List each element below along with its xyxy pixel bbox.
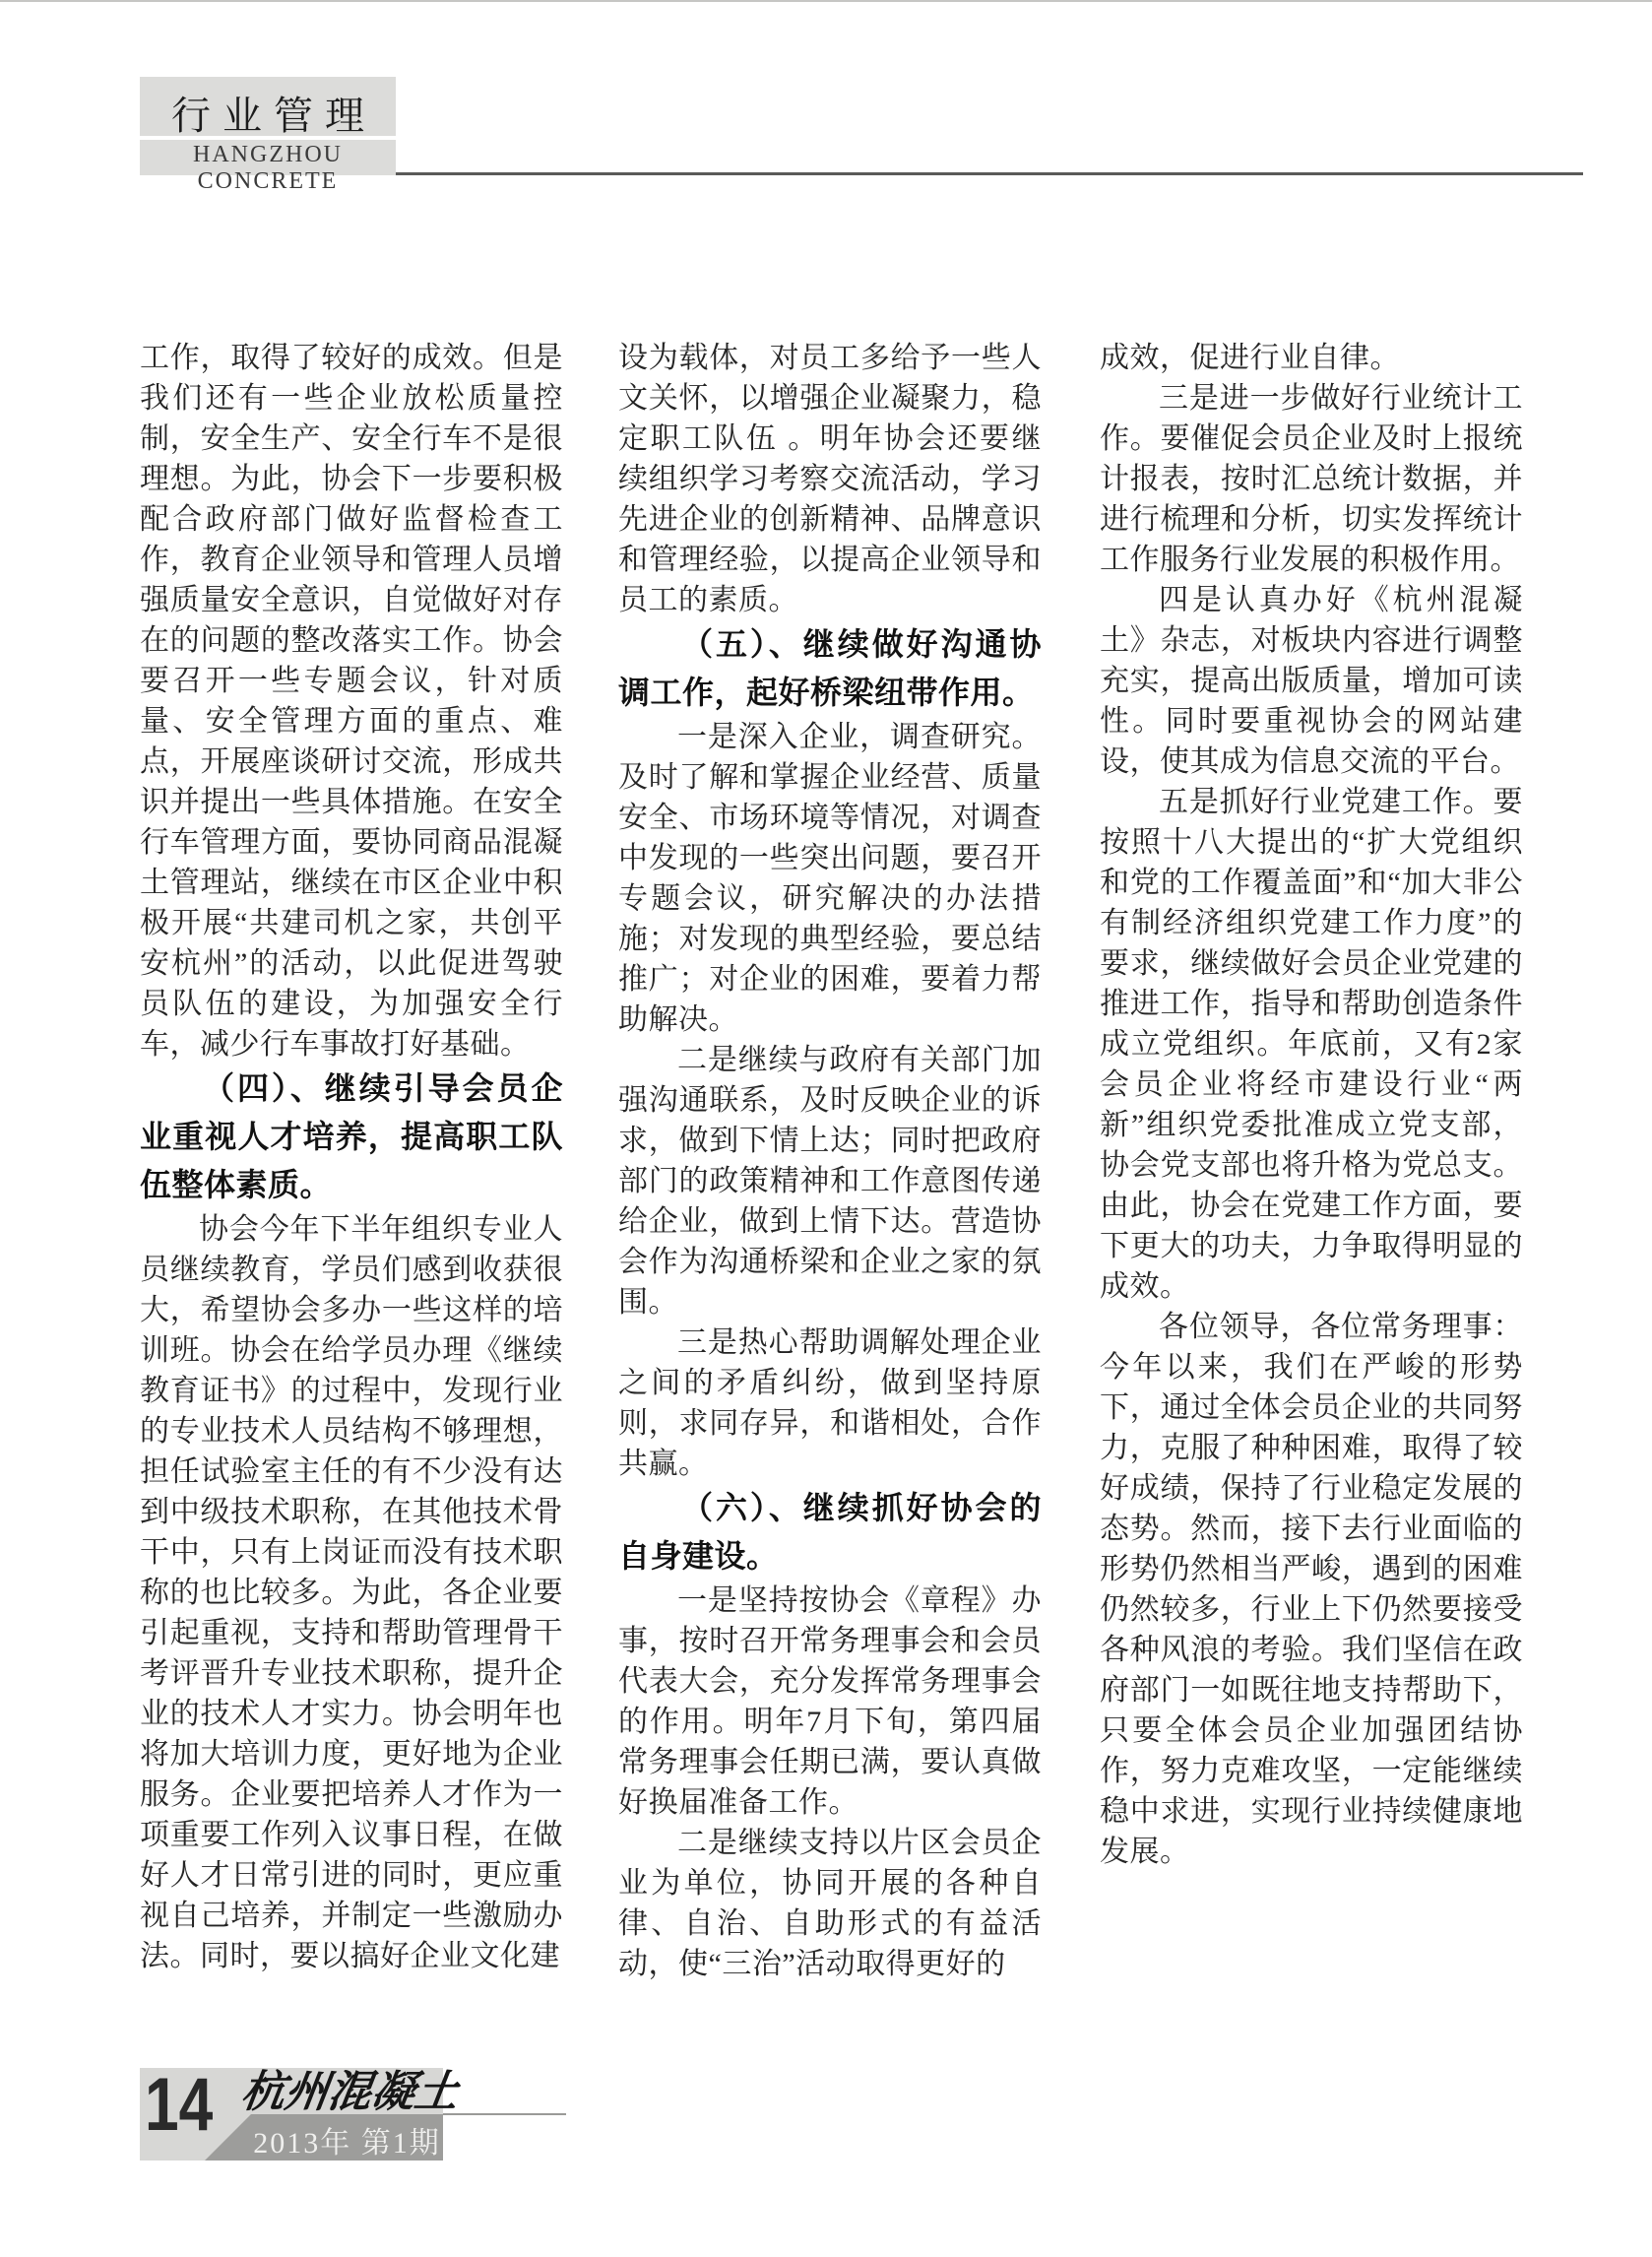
paragraph: 三是热心帮助调解处理企业之间的矛盾纠纷，做到坚持原则，求同存异，和谐相处，合作共… <box>618 1322 1042 1484</box>
journal-logo: 杭州混凝土 <box>238 2056 448 2119</box>
text-column-3: 成效，促进行业自律。三是进一步做好行业统计工作。要催促会员企业及时上报统计报表，… <box>1100 338 1523 1872</box>
page-top-edge <box>0 0 1652 2</box>
paragraph: 协会今年下半年组织专业人员继续教育，学员们感到收获很大，希望协会多办一些这样的培… <box>140 1209 563 1976</box>
paragraph: 一是深入企业，调查研究。及时了解和掌握企业经营、质量安全、市场环境等情况，对调查… <box>618 717 1042 1040</box>
paragraph: 一是坚持按协会《章程》办事，按时召开常务理事会和会员代表大会，充分发挥常务理事会… <box>618 1580 1042 1823</box>
section-heading: （五）、继续做好沟通协调工作，起好桥梁纽带作用。 <box>618 620 1042 717</box>
paragraph: 工作，取得了较好的成效。但是我们还有一些企业放松质量控制，安全生产、安全行车不是… <box>140 338 563 1064</box>
paragraph: 设为载体，对员工多给予一些人文关怀，以增强企业凝聚力，稳定职工队伍 。明年协会还… <box>618 338 1042 620</box>
section-heading: （六）、继续抓好协会的自身建设。 <box>618 1484 1042 1580</box>
magazine-page: 行业管理 HANGZHOU CONCRETE 工作，取得了较好的成效。但是我们还… <box>0 0 1652 2257</box>
issue-label: 2013年 第1期 <box>251 2118 443 2161</box>
footer-rule <box>443 2113 566 2115</box>
section-title: 行业管理 <box>140 85 396 141</box>
paragraph: 成效，促进行业自律。 <box>1100 338 1523 378</box>
section-heading: （四）、继续引导会员企业重视人才培养，提高职工队伍整体素质。 <box>140 1064 563 1209</box>
header-divider <box>140 136 396 140</box>
paragraph: 二是继续支持以片区会员企业为单位，协同开展的各种自律、自治、自助形式的有益活动，… <box>618 1823 1042 1984</box>
text-column-2: 设为载体，对员工多给予一些人文关怀，以增强企业凝聚力，稳定职工队伍 。明年协会还… <box>618 338 1042 1984</box>
text-column-1: 工作，取得了较好的成效。但是我们还有一些企业放松质量控制，安全生产、安全行车不是… <box>140 338 563 1976</box>
paragraph: 各位领导，各位常务理事：今年以来，我们在严峻的形势下，通过全体会员企业的共同努力… <box>1100 1307 1523 1872</box>
paragraph: 四是认真办好《杭州混凝土》杂志，对板块内容进行调整充实，提高出版质量，增加可读性… <box>1100 580 1523 782</box>
paragraph: 五是抓好行业党建工作。要按照十八大提出的“扩大党组织和党的工作覆盖面”和“加大非… <box>1100 782 1523 1307</box>
section-header-box: 行业管理 HANGZHOU CONCRETE <box>140 77 396 175</box>
paragraph: 二是继续与政府有关部门加强沟通联系，及时反映企业的诉求，做到下情上达；同时把政府… <box>618 1040 1042 1322</box>
header-rule <box>396 172 1583 175</box>
paragraph: 三是进一步做好行业统计工作。要催促会员企业及时上报统计报表，按时汇总统计数据，并… <box>1100 378 1523 580</box>
section-subtitle: HANGZHOU CONCRETE <box>140 142 396 195</box>
page-number: 14 <box>145 2062 213 2148</box>
